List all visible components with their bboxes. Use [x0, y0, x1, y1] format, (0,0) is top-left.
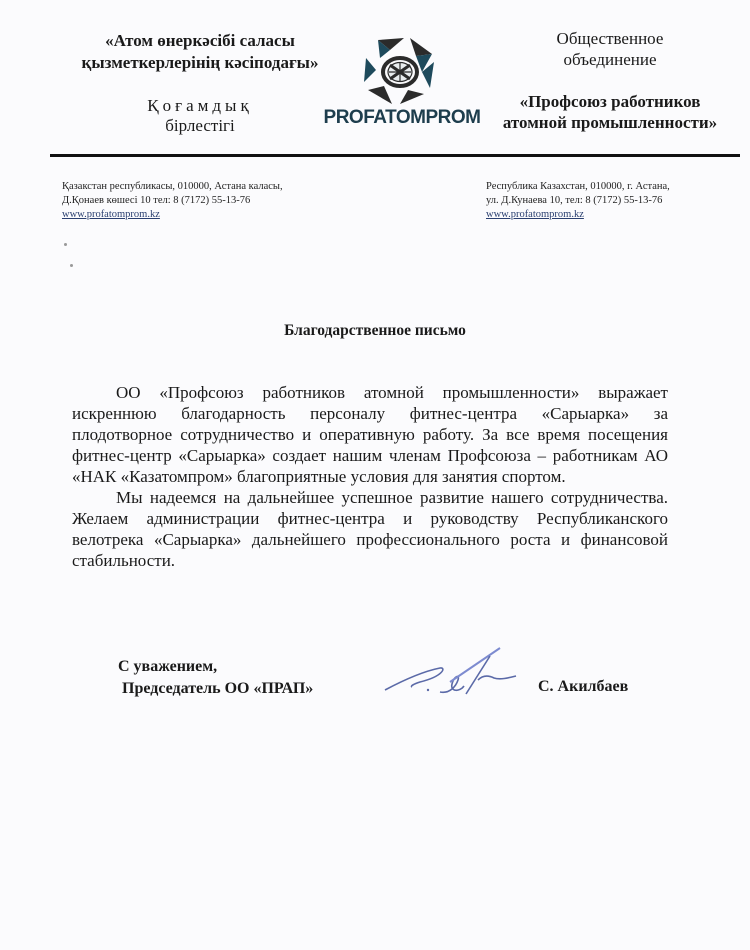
address-line1: Республика Казахстан, 010000, г. Астана,	[486, 180, 746, 194]
address-russian: Республика Казахстан, 010000, г. Астана,…	[486, 180, 746, 222]
org-type-kazakh-line2: бірлестігі	[60, 116, 340, 136]
org-type-russian-line2: объединение	[480, 49, 740, 70]
letter-body: ОО «Профсоюз работников атомной промышле…	[72, 382, 668, 571]
address-kazakh: Қазакстан республикасы, 010000, Астана к…	[62, 180, 362, 222]
handwritten-signature-icon	[380, 642, 530, 698]
org-name-kazakh-line2: қызметкерлерінің кәсіподағы»	[60, 52, 340, 74]
scan-speck	[64, 243, 67, 246]
letterhead-right-russian: Общественное объединение «Профсоюз работ…	[480, 28, 740, 133]
scan-speck	[70, 264, 73, 267]
body-paragraph: ОО «Профсоюз работников атомной промышле…	[72, 382, 668, 487]
website-link[interactable]: www.profatomprom.kz	[486, 209, 584, 220]
org-name-russian-line1: «Профсоюз работников	[480, 91, 740, 112]
letter-title: Благодарственное письмо	[0, 322, 750, 340]
org-name-russian-line2: атомной промышленности»	[480, 112, 740, 133]
letterhead-divider	[50, 154, 740, 157]
brand-name: PROFATOMPROM	[312, 107, 492, 129]
address-line1: Қазакстан республикасы, 010000, Астана к…	[62, 180, 362, 194]
closing-text: С уважением,	[118, 656, 313, 678]
org-name-kazakh-line1: «Атом өнеркәсібі саласы	[60, 30, 340, 52]
website-link[interactable]: www.profatomprom.kz	[62, 209, 160, 220]
signer-position: Председатель ОО «ПРАП»	[122, 678, 313, 700]
signer-name: С. Акилбаев	[538, 678, 628, 696]
address-line2: Д.Қонаев көшесі 10 тел: 8 (7172) 55-13-7…	[62, 194, 362, 208]
letterhead-left-kazakh: «Атом өнеркәсібі саласы қызметкерлерінің…	[60, 30, 340, 136]
signature-block: С уважением, Председатель ОО «ПРАП»	[118, 656, 313, 700]
body-paragraph: Мы надеемся на дальнейшее успешное разви…	[72, 487, 668, 571]
address-line2: ул. Д.Кунаева 10, тел: 8 (7172) 55-13-76	[486, 194, 746, 208]
org-type-russian-line1: Общественное	[480, 28, 740, 49]
org-type-kazakh-line1: Қоғамдық	[60, 96, 340, 116]
profatomprom-logo-icon	[350, 32, 450, 108]
